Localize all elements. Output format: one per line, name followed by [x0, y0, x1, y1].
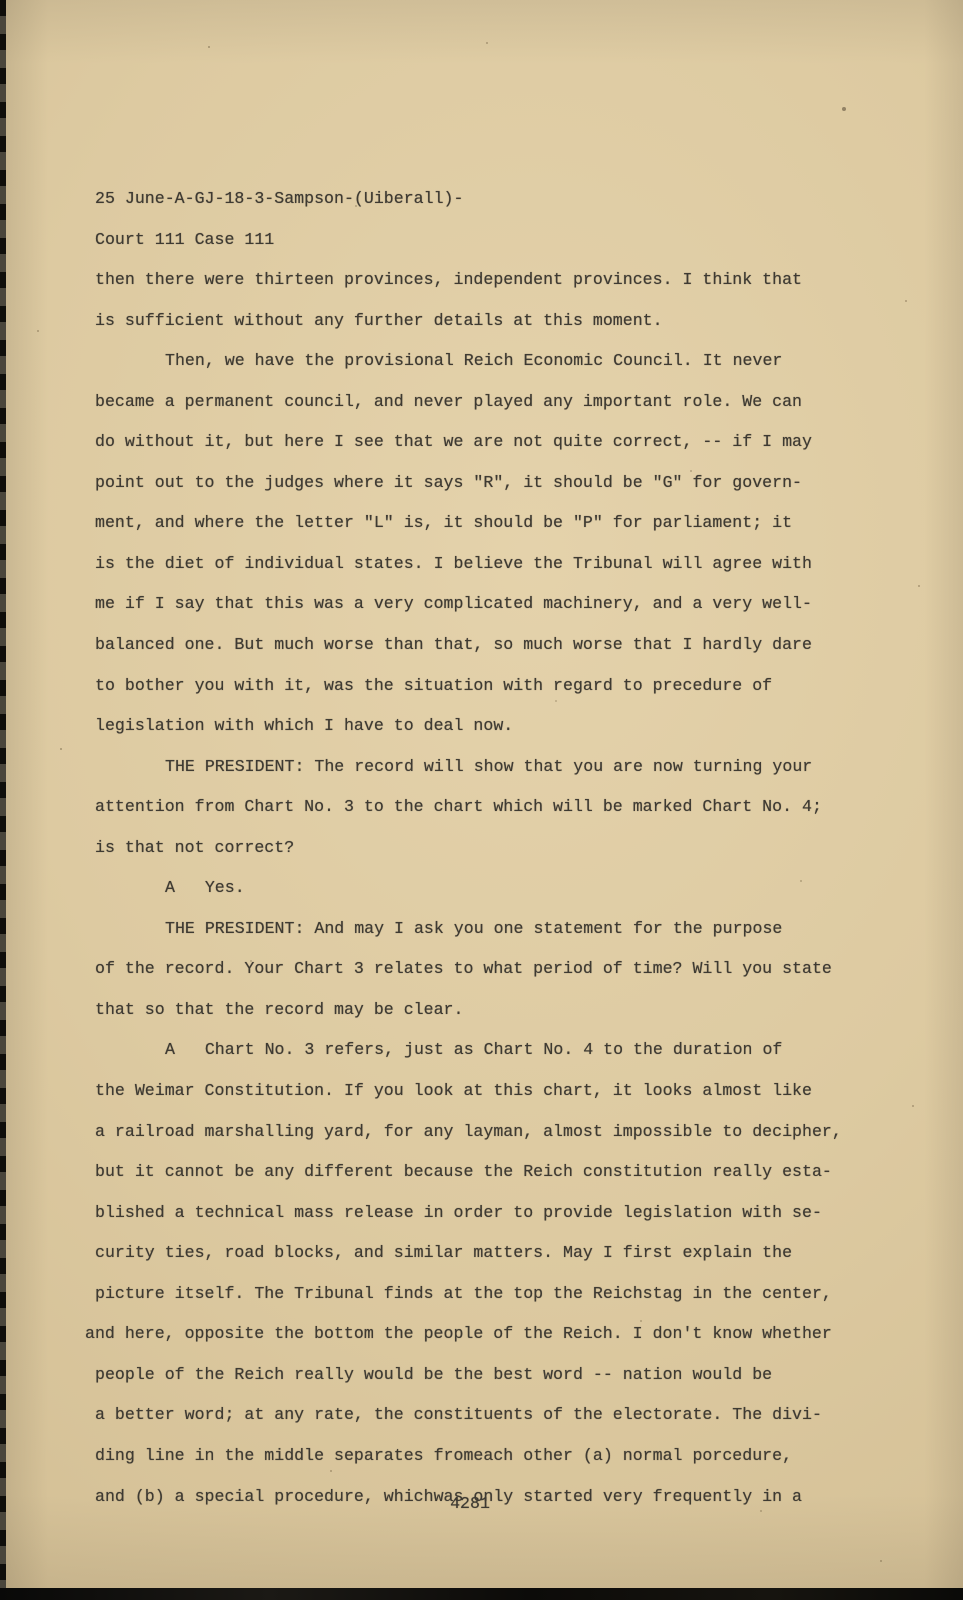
text-line: became a permanent council, and never pl… — [95, 382, 885, 423]
text-line: THE PRESIDENT: The record will show that… — [95, 747, 885, 788]
scanned-page: 25 June-A-GJ-18-3-Sampson-(Uiberall)-Cou… — [0, 0, 963, 1600]
text-line: curity ties, road blocks, and similar ma… — [95, 1233, 885, 1274]
text-line: blished a technical mass release in orde… — [95, 1193, 885, 1234]
text-line: Court 111 Case 111 — [95, 220, 885, 261]
text-line: that so that the record may be clear. — [95, 990, 885, 1031]
text-line: THE PRESIDENT: And may I ask you one sta… — [95, 909, 885, 950]
text-line: ding line in the middle separates fromea… — [95, 1436, 885, 1477]
text-line: legislation with which I have to deal no… — [95, 706, 885, 747]
text-line: but it cannot be any different because t… — [95, 1152, 885, 1193]
text-line: of the record. Your Chart 3 relates to w… — [95, 949, 885, 990]
text-line: is the diet of individual states. I beli… — [95, 544, 885, 585]
text-line: is sufficient without any further detail… — [95, 301, 885, 342]
text-line: a better word; at any rate, the constitu… — [95, 1395, 885, 1436]
typed-text: 25 June-A-GJ-18-3-Sampson-(Uiberall)-Cou… — [95, 122, 885, 1517]
text-line: A Yes. — [95, 868, 885, 909]
text-line: me if I say that this was a very complic… — [95, 584, 885, 625]
text-line: balanced one. But much worse than that, … — [95, 625, 885, 666]
text-line: to bother you with it, was the situation… — [95, 666, 885, 707]
text-line: attention from Chart No. 3 to the chart … — [95, 787, 885, 828]
page-number: 4281 — [95, 1484, 845, 1524]
bottom-scan-edge — [0, 1588, 963, 1600]
text-line: ment, and where the letter "L" is, it sh… — [95, 503, 885, 544]
text-line: do without it, but here I see that we ar… — [95, 422, 885, 463]
text-line: the Weimar Constitution. If you look at … — [95, 1071, 885, 1112]
text-line: people of the Reich really would be the … — [95, 1355, 885, 1396]
text-line: 25 June-A-GJ-18-3-Sampson-(Uiberall)- — [95, 179, 885, 220]
binding-edge — [0, 0, 6, 1590]
text-line: point out to the judges where it says "R… — [95, 463, 885, 504]
text-line: is that not correct? — [95, 828, 885, 869]
text-line: A Chart No. 3 refers, just as Chart No. … — [95, 1030, 885, 1071]
text-line: Then, we have the provisional Reich Econ… — [95, 341, 885, 382]
text-line: and here, opposite the bottom the people… — [85, 1314, 885, 1355]
text-line: picture itself. The Tribunal finds at th… — [95, 1274, 885, 1315]
text-line: a railroad marshalling yard, for any lay… — [95, 1112, 885, 1153]
text-line: then there were thirteen provinces, inde… — [95, 260, 885, 301]
